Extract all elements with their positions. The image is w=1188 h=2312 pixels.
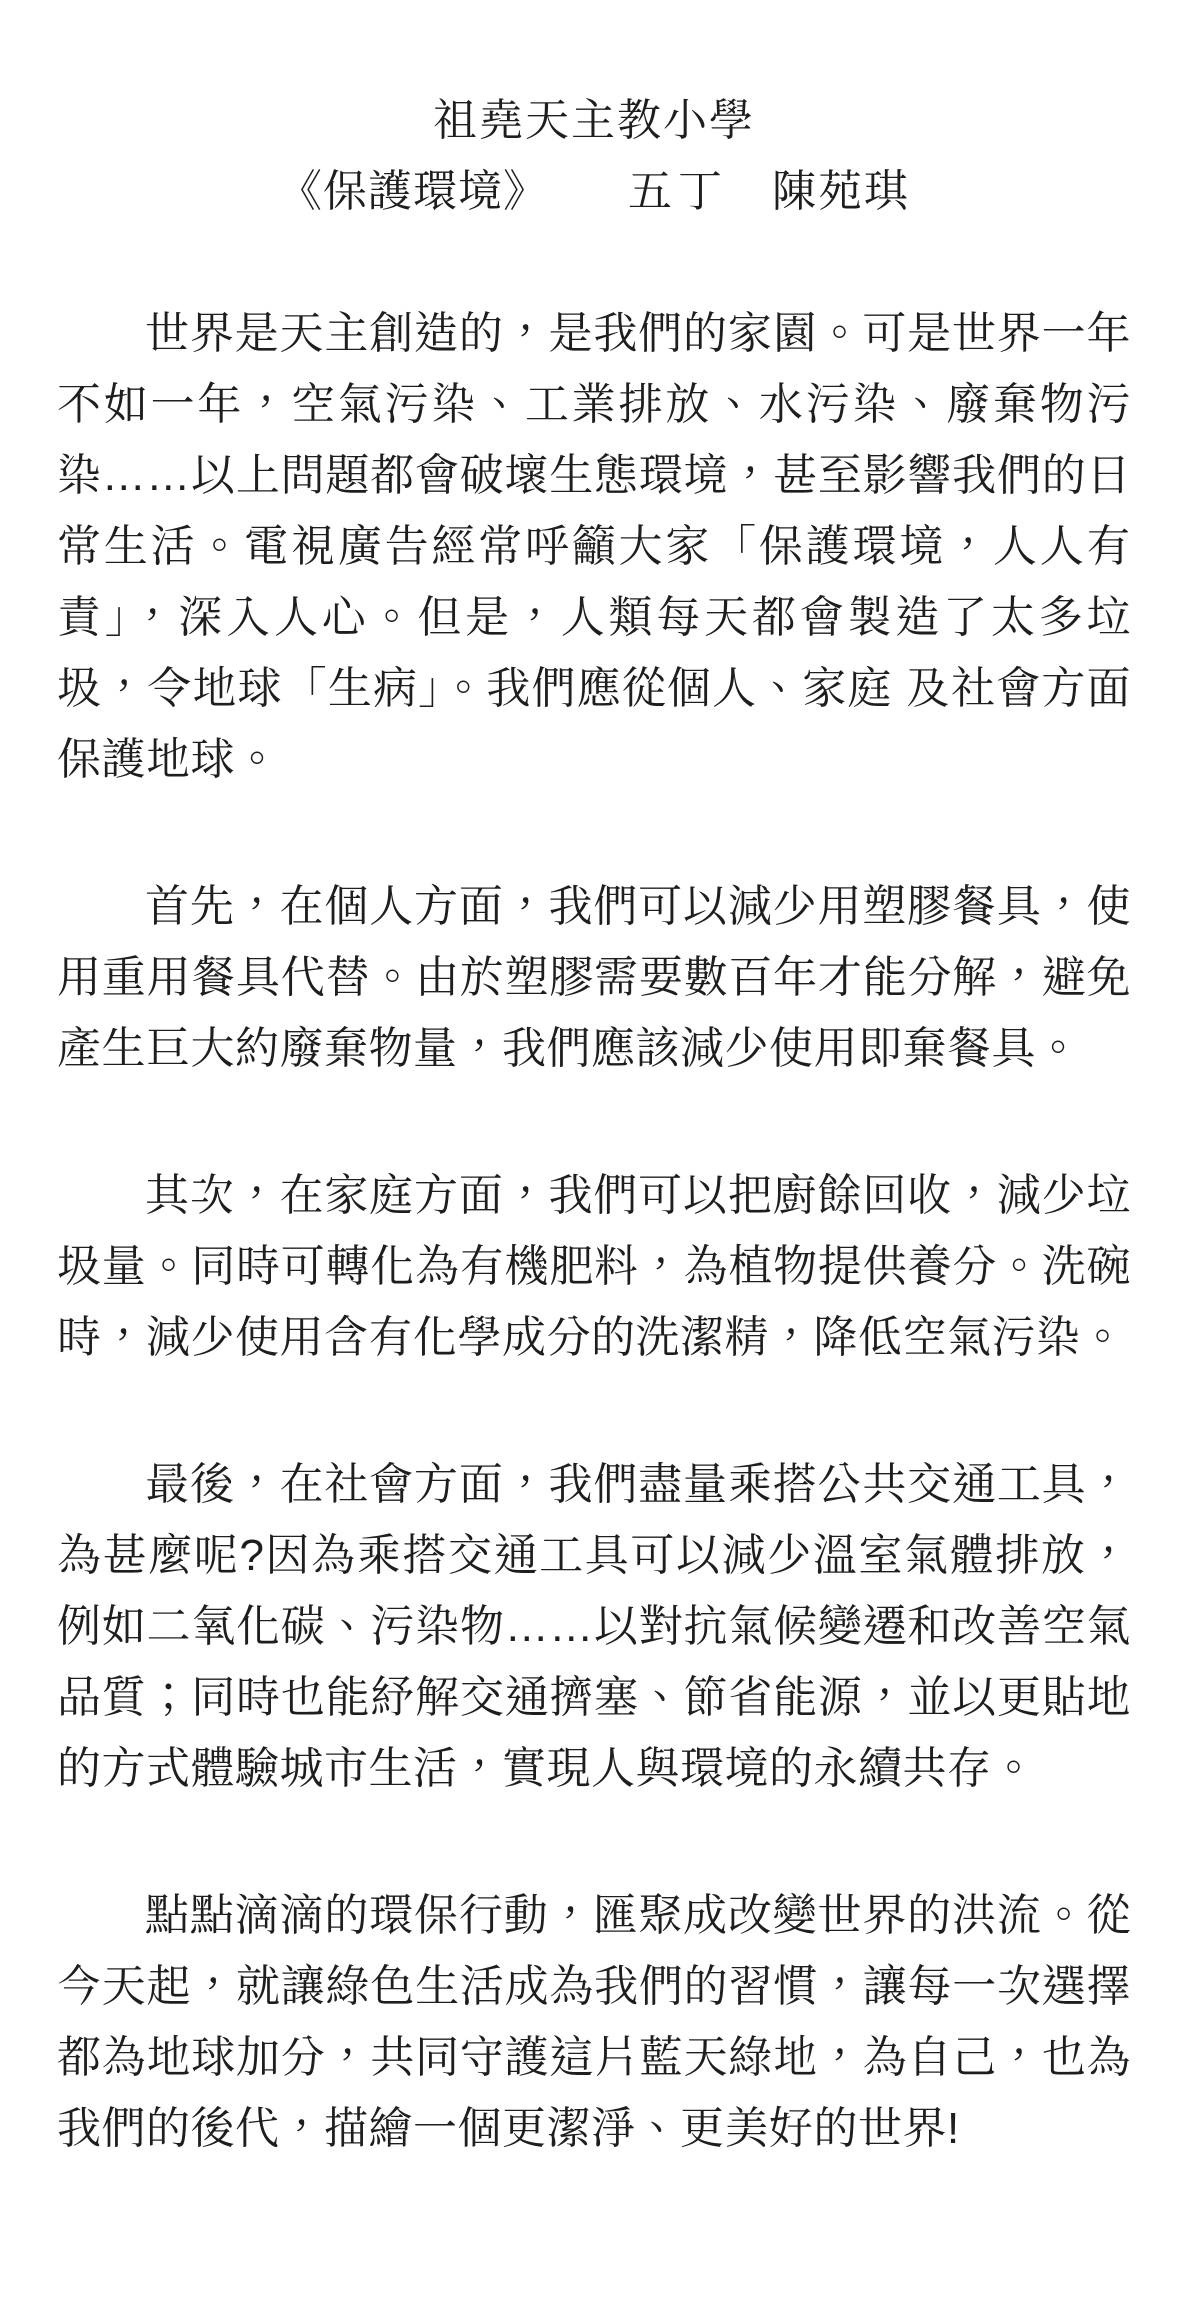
paragraph-intro: 世界是天主創造的，是我們的家園。可是世界一年不如一年，空氣污染、工業排放、水污染… <box>57 298 1131 795</box>
school-name: 祖堯天主教小學 <box>57 85 1131 156</box>
essay-title: 《保護環境》 <box>278 167 548 216</box>
paragraph-household: 其次，在家庭方面，我們可以把廚餘回收，減少垃圾量。同時可轉化為有機肥料，為植物提… <box>57 1160 1131 1373</box>
paragraph-personal: 首先，在個人方面，我們可以減少用塑膠餐具，使用重用餐具代替。由於塑膠需要數百年才… <box>57 871 1131 1084</box>
paragraph-society: 最後，在社會方面，我們盡量乘搭公共交通工具，為甚麼呢?因為乘搭交通工具可以減少溫… <box>57 1449 1131 1804</box>
essay-body: 世界是天主創造的，是我們的家園。可是世界一年不如一年，空氣污染、工業排放、水污染… <box>57 298 1131 2164</box>
document-header: 祖堯天主教小學 《保護環境》五丁陳苑琪 <box>57 85 1131 227</box>
paragraph-conclusion: 點點滴滴的環保行動，匯聚成改變世界的洪流。從今天起，就讓綠色生活成為我們的習慣，… <box>57 1880 1131 2164</box>
author-name: 陳苑琪 <box>772 167 910 216</box>
document-page: 祖堯天主教小學 《保護環境》五丁陳苑琪 世界是天主創造的，是我們的家園。可是世界… <box>0 0 1188 2312</box>
class-name: 五丁 <box>628 167 728 216</box>
title-row: 《保護環境》五丁陳苑琪 <box>57 156 1131 227</box>
